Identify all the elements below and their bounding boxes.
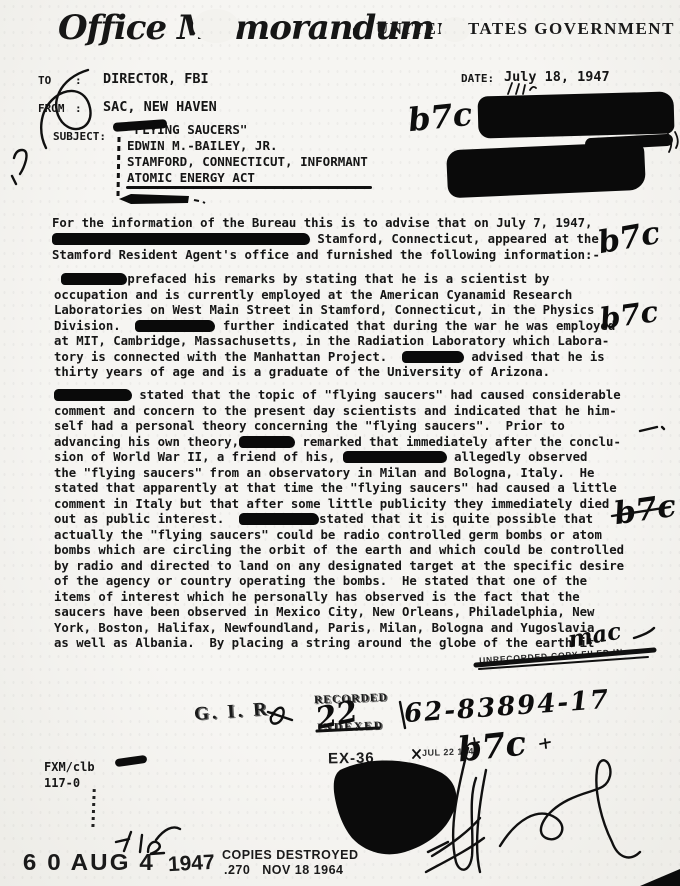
pen-ticks xyxy=(508,83,536,94)
corner-ink-wedge xyxy=(640,869,680,886)
ink-blob xyxy=(334,760,457,854)
pen-mark xyxy=(12,150,27,184)
pen-scribble xyxy=(116,827,180,854)
pen-marks xyxy=(668,132,678,152)
pen-marks xyxy=(413,738,550,758)
signature-scribble xyxy=(500,760,640,857)
pen-stroke xyxy=(400,702,405,728)
strike-mark xyxy=(612,507,670,516)
signature-scribble xyxy=(41,70,90,148)
pen-flourish xyxy=(634,628,654,638)
ink-blot xyxy=(317,728,379,731)
memo-page: Office Memorandum • UNITED STATES GOVERN… xyxy=(0,0,680,886)
handwriting-overlay xyxy=(0,0,680,886)
margin-dash xyxy=(640,427,664,431)
subject-arrow-smear xyxy=(119,194,189,204)
pen-dots xyxy=(194,200,205,203)
pen-flourish xyxy=(268,708,292,724)
